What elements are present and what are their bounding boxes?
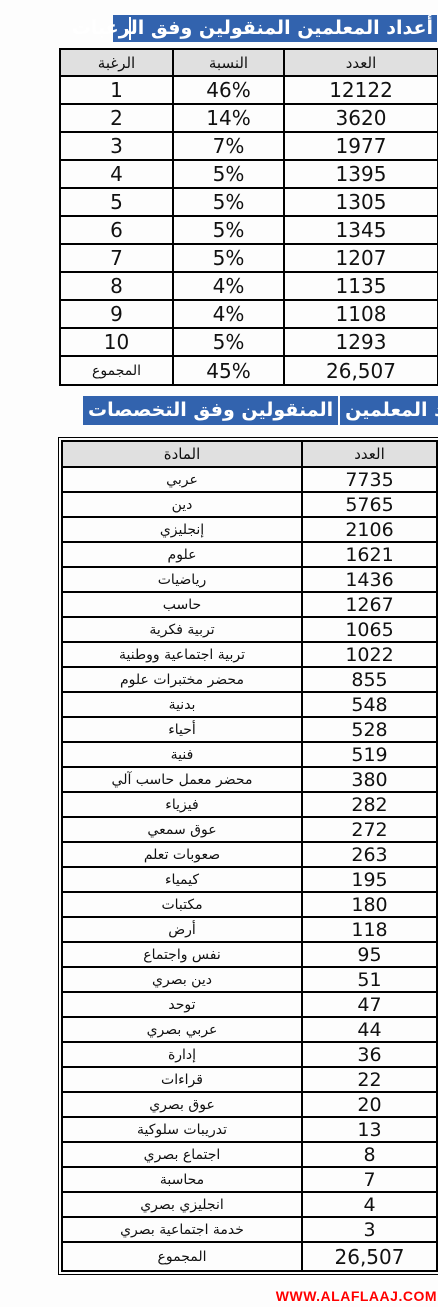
- table-row: رياضيات1436: [62, 567, 437, 592]
- count-cell: 1022: [302, 642, 437, 667]
- subject-cell: عوق بصري: [62, 1092, 302, 1117]
- count-cell: 1345: [284, 216, 438, 244]
- preference-cell: 4: [60, 160, 173, 188]
- percentage-header: النسبة: [173, 49, 284, 76]
- subject-cell: كيمياء: [62, 867, 302, 892]
- percentage-cell: 5%: [173, 328, 284, 356]
- table-row: عوق سمعي272: [62, 817, 437, 842]
- count-cell: 1135: [284, 272, 438, 300]
- total-label-cell: المجموع: [60, 356, 173, 385]
- preference-cell: 10: [60, 328, 173, 356]
- subject-cell: فيزياء: [62, 792, 302, 817]
- table-row: 45%1395: [60, 160, 438, 188]
- specializations-table-body: عربي7735دين5765إنجليزي2106علوم1621رياضيا…: [62, 467, 437, 1242]
- table-row: علوم1621: [62, 542, 437, 567]
- percentage-cell: 46%: [173, 76, 284, 104]
- preference-cell: 5: [60, 188, 173, 216]
- count-cell: 20: [302, 1092, 437, 1117]
- count-cell: 855: [302, 667, 437, 692]
- count-cell: 7735: [302, 467, 437, 492]
- count-cell: 1436: [302, 567, 437, 592]
- count-cell: 1207: [284, 244, 438, 272]
- count-cell: 1621: [302, 542, 437, 567]
- table-row: 65%1345: [60, 216, 438, 244]
- percentage-cell: 5%: [173, 216, 284, 244]
- subject-cell: بدنية: [62, 692, 302, 717]
- table-row: اجتماع بصري8: [62, 1142, 437, 1167]
- subject-cell: عربي بصري: [62, 1017, 302, 1042]
- percentage-cell: 4%: [173, 300, 284, 328]
- table-row: 75%1207: [60, 244, 438, 272]
- table-row: دين بصري51: [62, 967, 437, 992]
- subject-cell: عربي: [62, 467, 302, 492]
- count-cell: 1065: [302, 617, 437, 642]
- table-row: تربية اجتماعية ووطنية1022: [62, 642, 437, 667]
- subject-cell: دين: [62, 492, 302, 517]
- title1-cursor-line: [129, 17, 131, 40]
- subject-cell: محاسبة: [62, 1167, 302, 1192]
- subject-cell: رياضيات: [62, 567, 302, 592]
- subject-cell: دين بصري: [62, 967, 302, 992]
- subject-cell: نفس واجتماع: [62, 942, 302, 967]
- subject-cell: محضر مختبرات علوم: [62, 667, 302, 692]
- table-row: 214%3620: [60, 104, 438, 132]
- table-row: 105%1293: [60, 328, 438, 356]
- subject-header: المادة: [62, 441, 302, 467]
- table-row: حاسب1267: [62, 592, 437, 617]
- table-row: 94%1108: [60, 300, 438, 328]
- count-cell: 1395: [284, 160, 438, 188]
- count-cell: 118: [302, 917, 437, 942]
- count-cell: 95: [302, 942, 437, 967]
- preference-cell: 2: [60, 104, 173, 132]
- table-row: 146%12122: [60, 76, 438, 104]
- preference-cell: 8: [60, 272, 173, 300]
- count-cell: 8: [302, 1142, 437, 1167]
- table-row: خدمة اجتماعية بصري3: [62, 1217, 437, 1242]
- subject-cell: خدمة اجتماعية بصري: [62, 1217, 302, 1242]
- table-row: صعوبات تعلم263: [62, 842, 437, 867]
- subject-cell: علوم: [62, 542, 302, 567]
- subject-cell: محضر معمل حاسب آلي: [62, 767, 302, 792]
- table-row: تدريبات سلوكية13: [62, 1117, 437, 1142]
- site-watermark: WWW.ALAFLAAJ.COM: [276, 1288, 437, 1304]
- count-cell: 528: [302, 717, 437, 742]
- table-row: قراءات22: [62, 1067, 437, 1092]
- table-header-row: الرغبة النسبة العدد: [60, 49, 438, 76]
- count-cell: 12122: [284, 76, 438, 104]
- subject-cell: انجليزي بصري: [62, 1192, 302, 1217]
- table-row: أحياء528: [62, 717, 437, 742]
- percentage-cell: 5%: [173, 188, 284, 216]
- table-row: انجليزي بصري4: [62, 1192, 437, 1217]
- preference-cell: 6: [60, 216, 173, 244]
- subject-cell: عوق سمعي: [62, 817, 302, 842]
- count-cell: 13: [302, 1117, 437, 1142]
- total-label-cell: المجموع: [62, 1242, 302, 1271]
- preference-cell: 3: [60, 132, 173, 160]
- table1-title-bar: أعداد المعلمين المنقولين وفق الرغبات: [113, 15, 437, 42]
- count-cell: 4: [302, 1192, 437, 1217]
- table-row: إدارة36: [62, 1042, 437, 1067]
- table-row: دين5765: [62, 492, 437, 517]
- table-row: نفس واجتماع95: [62, 942, 437, 967]
- count-cell: 1293: [284, 328, 438, 356]
- table-row: عوق بصري20: [62, 1092, 437, 1117]
- table-row: مكتبات180: [62, 892, 437, 917]
- preferences-table-body: 146%12122214%362037%197745%139555%130565…: [60, 76, 438, 356]
- count-cell: 3620: [284, 104, 438, 132]
- preference-cell: 9: [60, 300, 173, 328]
- count-cell: 1267: [302, 592, 437, 617]
- subject-cell: تدريبات سلوكية: [62, 1117, 302, 1142]
- count-cell: 180: [302, 892, 437, 917]
- count-cell: 1977: [284, 132, 438, 160]
- count-cell: 263: [302, 842, 437, 867]
- count-cell: 44: [302, 1017, 437, 1042]
- preference-header: الرغبة: [60, 49, 173, 76]
- table-row: فيزياء282: [62, 792, 437, 817]
- subject-cell: أرض: [62, 917, 302, 942]
- table-row: تربية فكرية1065: [62, 617, 437, 642]
- subject-cell: تربية فكرية: [62, 617, 302, 642]
- subject-cell: إنجليزي: [62, 517, 302, 542]
- percentage-cell: 7%: [173, 132, 284, 160]
- table-row: توحد47: [62, 992, 437, 1017]
- table-row: عربي بصري44: [62, 1017, 437, 1042]
- count-cell: 22: [302, 1067, 437, 1092]
- count-cell: 1108: [284, 300, 438, 328]
- count-cell: 36: [302, 1042, 437, 1067]
- count-cell: 272: [302, 817, 437, 842]
- count-cell: 3: [302, 1217, 437, 1242]
- count-cell: 5765: [302, 492, 437, 517]
- count-cell: 519: [302, 742, 437, 767]
- subject-cell: مكتبات: [62, 892, 302, 917]
- document-page: { "colors": { "title_bg": "#3263ae", "he…: [0, 0, 438, 1307]
- subject-cell: فنية: [62, 742, 302, 767]
- table-row: إنجليزي2106: [62, 517, 437, 542]
- table-row: محاسبة7: [62, 1167, 437, 1192]
- count-cell: 47: [302, 992, 437, 1017]
- subject-cell: إدارة: [62, 1042, 302, 1067]
- table-row: 84%1135: [60, 272, 438, 300]
- subject-cell: اجتماع بصري: [62, 1142, 302, 1167]
- table-row: فنية519: [62, 742, 437, 767]
- subject-cell: حاسب: [62, 592, 302, 617]
- total-row: المجموع 45% 26,507: [60, 356, 438, 385]
- count-cell: 51: [302, 967, 437, 992]
- total-row: المجموع 26,507: [62, 1242, 437, 1271]
- title2-divider-line: [338, 396, 340, 425]
- table-header-row: المادة العدد: [62, 441, 437, 467]
- percentage-cell: 5%: [173, 160, 284, 188]
- specializations-table: المادة العدد عربي7735دين5765إنجليزي2106ع…: [58, 437, 438, 1275]
- total-percentage-cell: 45%: [173, 356, 284, 385]
- subject-cell: صعوبات تعلم: [62, 842, 302, 867]
- table-row: محضر معمل حاسب آلي380: [62, 767, 437, 792]
- table-row: بدنية548: [62, 692, 437, 717]
- count-cell: 195: [302, 867, 437, 892]
- subject-cell: تربية اجتماعية ووطنية: [62, 642, 302, 667]
- table2-title-part1: أعداد المعلمين: [340, 396, 438, 425]
- count-cell: 2106: [302, 517, 437, 542]
- table1-title: أعداد المعلمين المنقولين وفق الرغبات: [72, 17, 433, 39]
- percentage-cell: 5%: [173, 244, 284, 272]
- count-header: العدد: [302, 441, 437, 467]
- total-count-cell: 26,507: [284, 356, 438, 385]
- table-row: 55%1305: [60, 188, 438, 216]
- total-count-cell: 26,507: [302, 1242, 437, 1271]
- count-cell: 1305: [284, 188, 438, 216]
- percentage-cell: 14%: [173, 104, 284, 132]
- count-cell: 380: [302, 767, 437, 792]
- percentage-cell: 4%: [173, 272, 284, 300]
- table2-title-bar: أعداد المعلمين المنقولين وفق التخصصات: [83, 396, 438, 425]
- preference-cell: 1: [60, 76, 173, 104]
- table2-title-part2: المنقولين وفق التخصصات: [83, 396, 338, 425]
- subject-cell: توحد: [62, 992, 302, 1017]
- subject-cell: أحياء: [62, 717, 302, 742]
- subject-cell: قراءات: [62, 1067, 302, 1092]
- count-cell: 282: [302, 792, 437, 817]
- count-header: العدد: [284, 49, 438, 76]
- count-cell: 548: [302, 692, 437, 717]
- preference-cell: 7: [60, 244, 173, 272]
- table-row: محضر مختبرات علوم855: [62, 667, 437, 692]
- table-row: كيمياء195: [62, 867, 437, 892]
- table-row: عربي7735: [62, 467, 437, 492]
- count-cell: 7: [302, 1167, 437, 1192]
- table-row: أرض118: [62, 917, 437, 942]
- preferences-table: الرغبة النسبة العدد 146%12122214%362037%…: [59, 48, 438, 386]
- table-row: 37%1977: [60, 132, 438, 160]
